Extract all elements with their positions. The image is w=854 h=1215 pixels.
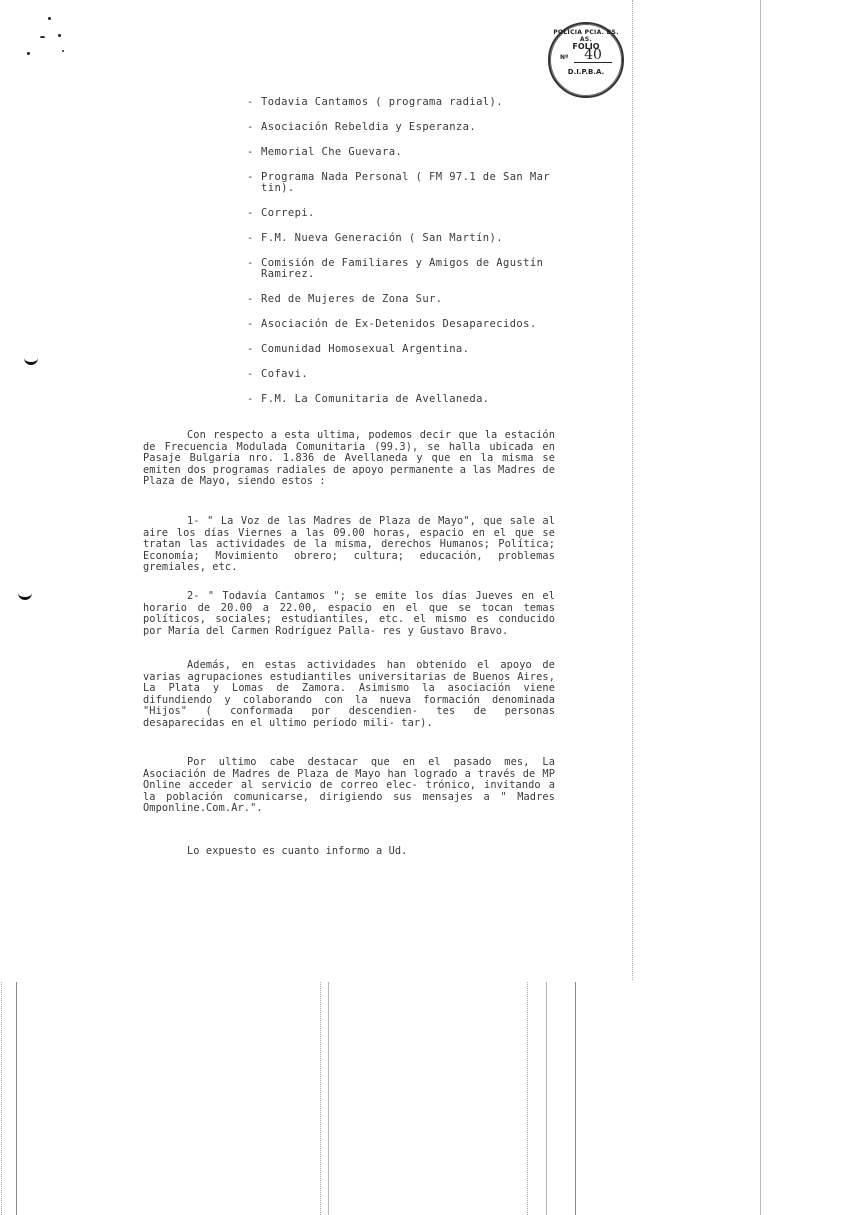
- stamp-folio-number: 40: [574, 48, 612, 63]
- scan-line: [1, 982, 3, 1215]
- hole-punch-mark: [24, 352, 38, 365]
- paragraph-support: Además, en estas actividades han obtenid…: [143, 660, 555, 729]
- paragraph-program-1: 1- " La Voz de las Madres de Plaza de Ma…: [143, 516, 555, 574]
- scan-line: [328, 982, 329, 1215]
- list-item: -Comisión de Familiares y Amigos de Agus…: [247, 258, 587, 280]
- list-item: -Asociación Rebeldia y Esperanza.: [247, 122, 587, 133]
- list-item: -F.M. La Comunitaria de Avellaneda.: [247, 394, 587, 405]
- list-item: -Correpi.: [247, 208, 587, 219]
- list-item: -Programa Nada Personal ( FM 97.1 de San…: [247, 172, 587, 194]
- hole-punch-mark: [18, 587, 32, 600]
- list-item: -Red de Mujeres de Zona Sur.: [247, 294, 587, 305]
- closing-line: Lo expuesto es cuanto informo a Ud.: [187, 845, 407, 857]
- scan-speck: [40, 36, 45, 38]
- stamp-org: D.I.P.B.A.: [550, 68, 622, 76]
- paragraph-program-2: 2- " Todavía Cantamos "; se emite los dí…: [143, 591, 555, 637]
- scan-line: [16, 982, 17, 1215]
- stamp-nro-label: Nº: [560, 54, 568, 61]
- paragraph-email: Por ultimo cabe destacar que en el pasad…: [143, 757, 555, 815]
- page-edge-line: [760, 0, 761, 1215]
- list-item: -Memorial Che Guevara.: [247, 147, 587, 158]
- scan-line: [575, 982, 576, 1215]
- paragraph-fm-station: Con respecto a esta ultima, podemos deci…: [143, 430, 555, 488]
- scan-line: [527, 982, 529, 1215]
- stamp-ring-text: POLICIA PCIA. BS. AS.: [550, 29, 622, 43]
- scan-line: [632, 0, 634, 980]
- list-item: -Todavia Cantamos ( programa radial).: [247, 97, 587, 108]
- scan-speck: [48, 17, 51, 20]
- list-item: -Asociación de Ex-Detenidos Desaparecido…: [247, 319, 587, 330]
- folio-stamp: POLICIA PCIA. BS. AS. FOLIO Nº 40 D.I.P.…: [548, 22, 624, 98]
- scan-speck: [58, 34, 61, 37]
- scan-line: [320, 982, 322, 1215]
- scan-speck: [27, 52, 30, 55]
- list-item: -F.M. Nueva Generación ( San Martín).: [247, 233, 587, 244]
- scanned-document-page: POLICIA PCIA. BS. AS. FOLIO Nº 40 D.I.P.…: [0, 0, 854, 1215]
- list-item: -Cofavi.: [247, 369, 587, 380]
- scan-speck: [62, 50, 64, 52]
- organizations-list: -Todavia Cantamos ( programa radial). -A…: [247, 97, 587, 419]
- list-item: -Comunidad Homosexual Argentina.: [247, 344, 587, 355]
- scan-line: [546, 982, 547, 1215]
